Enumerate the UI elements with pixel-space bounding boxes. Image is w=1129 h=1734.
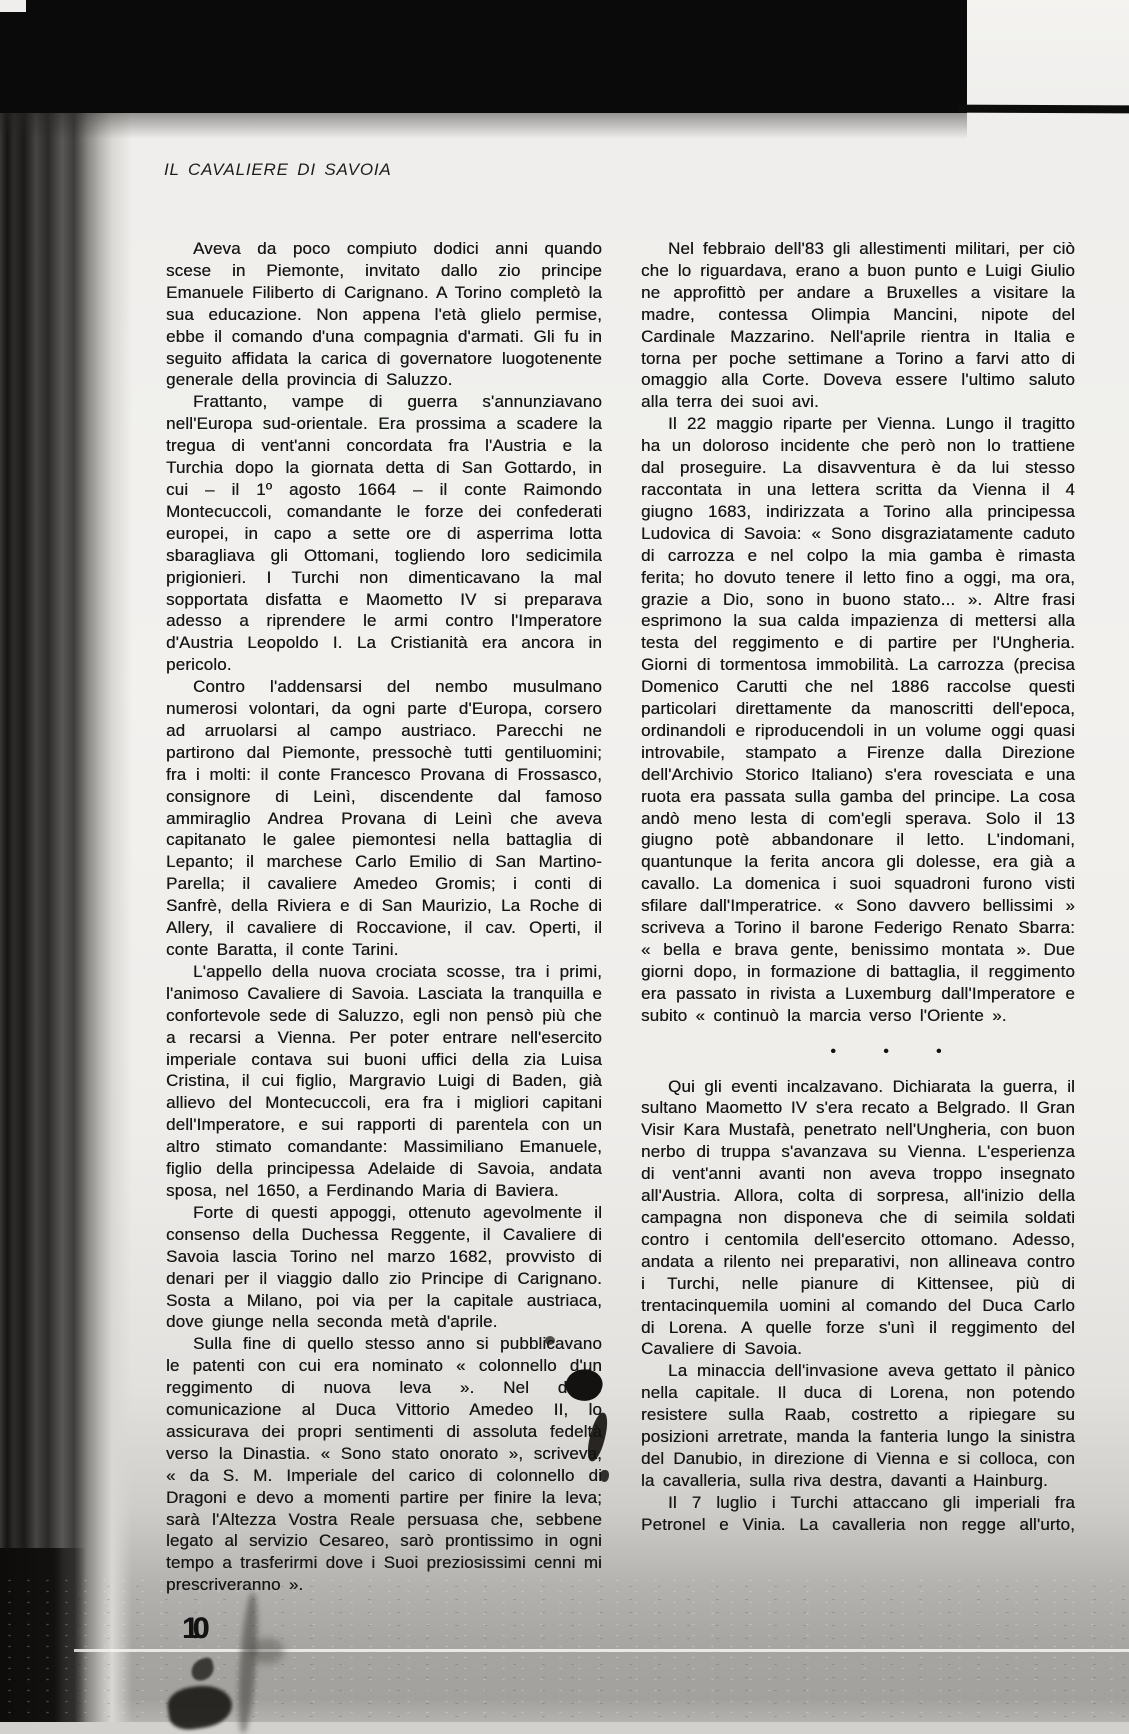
bottom-edge-strip bbox=[0, 1722, 1129, 1734]
top-scan-band bbox=[0, 0, 967, 113]
left-column: Aveva da poco compiuto dodici anni quand… bbox=[166, 238, 602, 1596]
paragraph: L'appello della nuova crociata scosse, t… bbox=[166, 961, 602, 1202]
scanned-book-page: IL CAVALIERE DI SAVOIA Aveva da poco com… bbox=[0, 0, 1129, 1734]
paragraph: Aveva da poco compiuto dodici anni quand… bbox=[166, 238, 602, 391]
top-scan-edge-line bbox=[958, 105, 1129, 114]
section-separator-dots: • • • bbox=[641, 1041, 1075, 1063]
paragraph: Il 7 luglio i Turchi attaccano gli imper… bbox=[641, 1492, 1075, 1536]
paragraph: Il 22 maggio riparte per Vienna. Lungo i… bbox=[641, 413, 1075, 1026]
scratch-line bbox=[74, 1649, 1129, 1652]
top-scan-band-notch bbox=[0, 0, 26, 12]
right-column: Nel febbraio dell'83 gli allestimenti mi… bbox=[641, 238, 1075, 1536]
running-header: IL CAVALIERE DI SAVOIA bbox=[164, 160, 392, 180]
gutter-shadow bbox=[0, 0, 132, 1734]
ink-blot bbox=[545, 1336, 555, 1345]
top-band-shadow bbox=[0, 113, 967, 139]
paragraph: Sulla fine di quello stesso anno si pubb… bbox=[166, 1333, 602, 1596]
paragraph: Forte di questi appoggi, ottenuto agevol… bbox=[166, 1202, 602, 1333]
ink-blot bbox=[600, 1470, 609, 1482]
paragraph: Qui gli eventi incalzavano. Dichiarata l… bbox=[641, 1076, 1075, 1361]
paragraph: Contro l'addensarsi del nembo musulmano … bbox=[166, 676, 602, 961]
paragraph: La minaccia dell'invasione aveva gettato… bbox=[641, 1360, 1075, 1491]
paragraph: Nel febbraio dell'83 gli allestimenti mi… bbox=[641, 238, 1075, 413]
bottom-stain bbox=[250, 1638, 284, 1664]
paragraph: Frattanto, vampe di guerra s'annunziavan… bbox=[166, 391, 602, 676]
page-number: 10 bbox=[182, 1612, 203, 1646]
